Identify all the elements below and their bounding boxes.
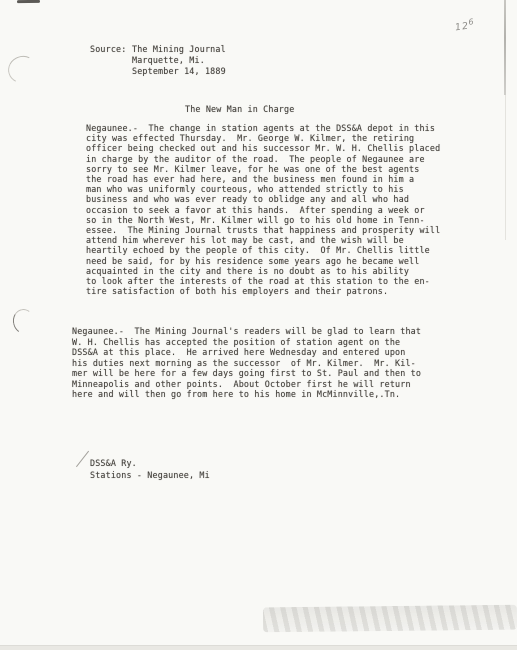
scan-noise-bottom-right: [263, 605, 517, 633]
source-label: Source:: [90, 44, 126, 55]
scan-edge-line-faint: [505, 95, 506, 240]
scan-smudge-top-edge: [17, 0, 40, 3]
article-paragraph-1: Negaunee.- The change in station agents …: [86, 123, 440, 296]
article-title: The New Man in Charge: [185, 104, 294, 114]
archive-footer-note: DSS&A Ry. Stations - Negaunee, Mi: [90, 458, 210, 482]
scan-edge-line: [504, 0, 506, 95]
page-bottom-edge: [0, 645, 517, 650]
handwritten-page-number: 126: [454, 19, 476, 33]
article-paragraph-2: Negaunee.- The Mining Journal's readers …: [72, 326, 421, 400]
pencil-slash-mark: [76, 451, 89, 467]
source-citation: The Mining Journal Marquette, Mi. Septem…: [132, 44, 226, 78]
pencil-arc-mark-upper: [5, 52, 41, 87]
handwritten-page-number-superscript: 6: [468, 17, 475, 27]
scanned-document-page: 126 Source: The Mining Journal Marquette…: [0, 0, 517, 650]
pencil-arc-mark-lower: [11, 307, 38, 336]
